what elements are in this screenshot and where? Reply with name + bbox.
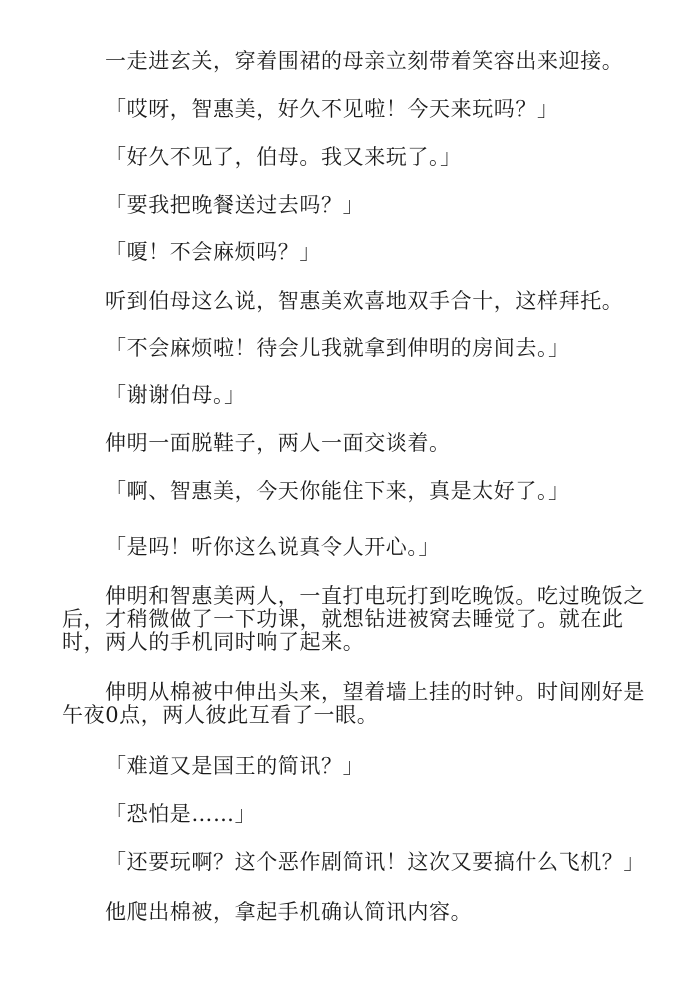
- paragraph-dialogue: 「还要玩啊？这个恶作剧简讯！这次又要搞什么飞机？」: [62, 851, 642, 874]
- text-line: 「还要玩啊？这个恶作剧简讯！这次又要搞什么飞机？」: [62, 851, 642, 874]
- text-line: 「要我把晚餐送过去吗？」: [62, 194, 642, 217]
- text-line: 「是吗！听你这么说真令人开心。」: [62, 536, 642, 559]
- paragraph-dialogue: 「哎呀，智惠美，好久不见啦！今天来玩吗？」: [62, 98, 642, 121]
- text-line: 他爬出棉被，拿起手机确认简讯内容。: [62, 901, 642, 924]
- paragraph-dialogue: 「好久不见了，伯母。我又来玩了。」: [62, 146, 642, 169]
- text-line: 伸明和智惠美两人，一直打电玩打到吃晚饭。吃过晚饭之: [62, 585, 642, 608]
- text-line: 时，两人的手机同时响了起来。: [62, 631, 642, 654]
- text-line: 「好久不见了，伯母。我又来玩了。」: [62, 146, 642, 169]
- paragraph-dialogue: 「要我把晚餐送过去吗？」: [62, 194, 642, 217]
- paragraph-dialogue: 「恐怕是……」: [62, 803, 642, 826]
- text-line: 后，才稍微做了一下功课，就想钻进被窝去睡觉了。就在此: [62, 608, 642, 631]
- text-line: 伸明一面脱鞋子，两人一面交谈着。: [62, 432, 642, 455]
- text-line: 「谢谢伯母。」: [62, 384, 642, 407]
- paragraph-dialogue: 「不会麻烦啦！待会儿我就拿到伸明的房间去。」: [62, 337, 642, 360]
- paragraph-dialogue: 「是吗！听你这么说真令人开心。」: [62, 536, 642, 559]
- text-line: 「不会麻烦啦！待会儿我就拿到伸明的房间去。」: [62, 337, 642, 360]
- text-line: 「嗄！不会麻烦吗？」: [62, 241, 642, 264]
- text-line: 「难道又是国王的简讯？」: [62, 755, 642, 778]
- text-line: 「啊、智惠美，今天你能住下来，真是太好了。」: [62, 480, 642, 503]
- text-line: 「恐怕是……」: [62, 803, 642, 826]
- paragraph-narration: 一走进玄关，穿着围裙的母亲立刻带着笑容出来迎接。: [62, 50, 642, 73]
- paragraph-dialogue: 「啊、智惠美，今天你能住下来，真是太好了。」: [62, 480, 642, 503]
- paragraph-narration: 伸明从棉被中伸出头来，望着墙上挂的时钟。时间刚好是 午夜0点，两人彼此互看了一眼…: [62, 681, 642, 727]
- paragraph-dialogue: 「难道又是国王的简讯？」: [62, 755, 642, 778]
- paragraph-narration: 听到伯母这么说，智惠美欢喜地双手合十，这样拜托。: [62, 290, 642, 313]
- paragraph-narration: 伸明一面脱鞋子，两人一面交谈着。: [62, 432, 642, 455]
- text-line: 听到伯母这么说，智惠美欢喜地双手合十，这样拜托。: [62, 290, 642, 313]
- paragraph-dialogue: 「谢谢伯母。」: [62, 384, 642, 407]
- text-line: 「哎呀，智惠美，好久不见啦！今天来玩吗？」: [62, 98, 642, 121]
- text-line: 午夜0点，两人彼此互看了一眼。: [62, 704, 642, 727]
- paragraph-dialogue: 「嗄！不会麻烦吗？」: [62, 241, 642, 264]
- paragraph-narration: 他爬出棉被，拿起手机确认简讯内容。: [62, 901, 642, 924]
- text-line: 一走进玄关，穿着围裙的母亲立刻带着笑容出来迎接。: [62, 50, 642, 73]
- text-line: 伸明从棉被中伸出头来，望着墙上挂的时钟。时间刚好是: [62, 681, 642, 704]
- paragraph-narration: 伸明和智惠美两人，一直打电玩打到吃晚饭。吃过晚饭之 后，才稍微做了一下功课，就想…: [62, 585, 642, 654]
